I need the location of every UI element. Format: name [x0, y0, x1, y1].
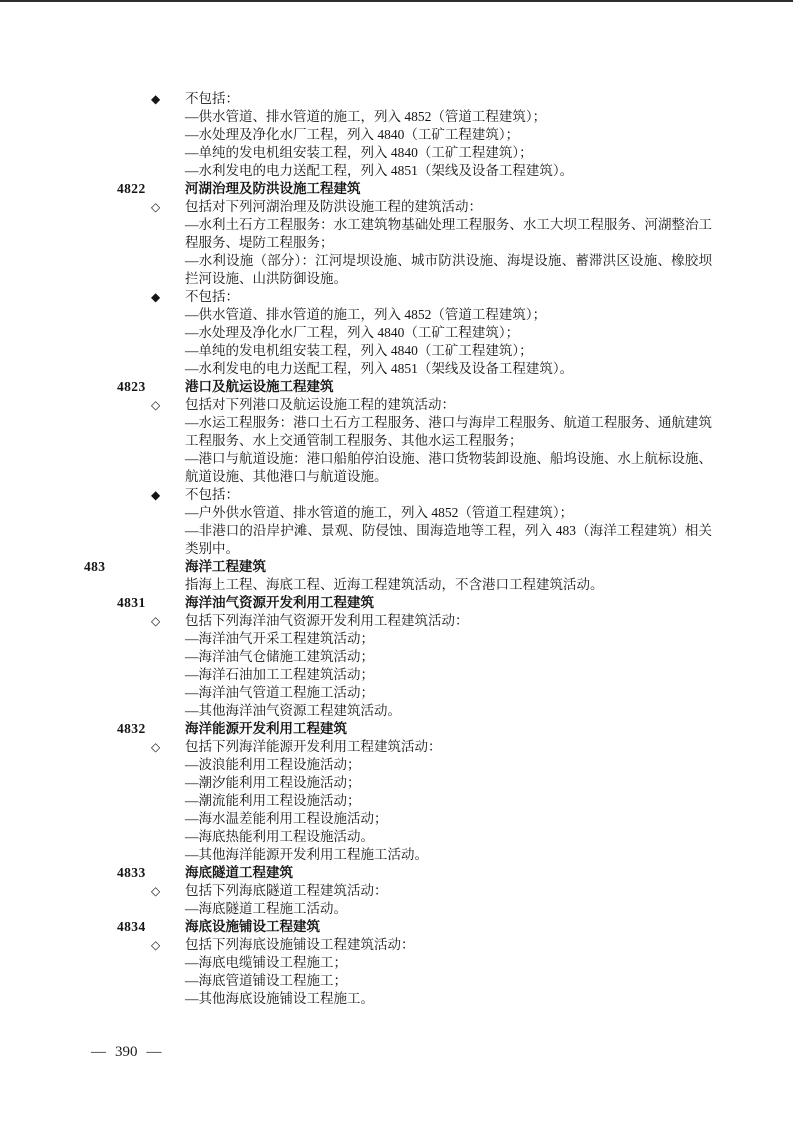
group-header: 包括下列海底设施铺设工程建筑活动： [185, 936, 415, 954]
list-item: —海底热能利用工程设施活动。 [185, 828, 712, 846]
exclude-bullet-icon: ◆ [151, 90, 160, 108]
list-item: —供水管道、排水管道的施工，列入 4852（管道工程建筑）； [185, 108, 712, 126]
group-header-row: ◇包括对下列河湖治理及防洪设施工程的建筑活动： [0, 198, 793, 216]
include-bullet-icon: ◇ [151, 936, 160, 954]
list-item: —其他海洋能源开发利用工程施工活动。 [185, 846, 712, 864]
entry-code: 4833 [117, 864, 146, 882]
entry-row: 4823港口及航运设施工程建筑 [0, 378, 793, 396]
list-item: —水利土石方工程服务：水工建筑物基础处理工程服务、水工大坝工程服务、河湖整治工程… [185, 216, 712, 252]
entry-row: 483海洋工程建筑 [0, 558, 793, 576]
list-item: —海洋石油加工工程建筑活动； [185, 666, 712, 684]
page-footer: — 390 — [91, 1041, 162, 1063]
group-header: 包括对下列港口及航运设施工程的建筑活动： [185, 396, 455, 414]
page-top-scan-line [0, 0, 793, 2]
list-item: —其他海洋油气资源工程建筑活动。 [185, 702, 712, 720]
list-item: —户外供水管道、排水管道的施工，列入 4852（管道工程建筑）； [185, 504, 712, 522]
page-number: 390 [115, 1044, 138, 1061]
entry-title: 河湖治理及防洪设施工程建筑 [185, 180, 361, 198]
list-item: —潮汐能利用工程设施活动； [185, 774, 712, 792]
include-bullet-icon: ◇ [151, 396, 160, 414]
entry-code: 4834 [117, 918, 146, 936]
list-item: —海洋油气开采工程建筑活动； [185, 630, 712, 648]
list-item: —港口与航道设施：港口船舶停泊设施、港口货物装卸设施、船坞设施、水上航标设施、航… [185, 450, 712, 486]
entry-code: 4823 [117, 378, 146, 396]
group-header-row: ◇包括下列海底设施铺设工程建筑活动： [0, 936, 793, 954]
group-header-row: ◇包括下列海洋油气资源开发利用工程建筑活动： [0, 612, 793, 630]
group-header-row: ◇包括下列海洋能源开发利用工程建筑活动： [0, 738, 793, 756]
entry-code: 4822 [117, 180, 146, 198]
include-bullet-icon: ◇ [151, 612, 160, 630]
include-bullet-icon: ◇ [151, 738, 160, 756]
list-item: —波浪能利用工程设施活动； [185, 756, 712, 774]
list-item: —水利发电的电力送配工程，列入 4851（架线及设备工程建筑）。 [185, 162, 712, 180]
entry-row: 4831海洋油气资源开发利用工程建筑 [0, 594, 793, 612]
group-header-row: ◆不包括： [0, 90, 793, 108]
footer-left-dash: — [91, 1044, 106, 1061]
entry-code: 4832 [117, 720, 146, 738]
list-item: —供水管道、排水管道的施工，列入 4852（管道工程建筑）； [185, 306, 712, 324]
entry-title: 海洋能源开发利用工程建筑 [185, 720, 347, 738]
list-item: —水处理及净化水厂工程，列入 4840（工矿工程建筑）； [185, 126, 712, 144]
group-header: 包括下列海洋能源开发利用工程建筑活动： [185, 738, 442, 756]
group-header: 不包括： [185, 90, 239, 108]
list-item: —其他海底设施铺设工程施工。 [185, 990, 712, 1008]
document-page: ◆不包括：—供水管道、排水管道的施工，列入 4852（管道工程建筑）；—水处理及… [0, 0, 793, 1122]
list-item: —水利设施（部分）：江河堤坝设施、城市防洪设施、海堤设施、蓄滞洪区设施、橡胶坝拦… [185, 252, 712, 288]
group-header: 包括下列海洋油气资源开发利用工程建筑活动： [185, 612, 469, 630]
list-item: —水处理及净化水厂工程，列入 4840（工矿工程建筑）； [185, 324, 712, 342]
group-header-row: ◇包括对下列港口及航运设施工程的建筑活动： [0, 396, 793, 414]
list-item: —单纯的发电机组安装工程，列入 4840（工矿工程建筑）； [185, 342, 712, 360]
entry-row: 4822河湖治理及防洪设施工程建筑 [0, 180, 793, 198]
list-item: —单纯的发电机组安装工程，列入 4840（工矿工程建筑）； [185, 144, 712, 162]
group-header: 包括对下列河湖治理及防洪设施工程的建筑活动： [185, 198, 482, 216]
entry-row: 4834海底设施铺设工程建筑 [0, 918, 793, 936]
list-item: —海底隧道工程施工活动。 [185, 900, 712, 918]
list-item: —海洋油气管道工程施工活动； [185, 684, 712, 702]
include-bullet-icon: ◇ [151, 198, 160, 216]
group-header: 不包括： [185, 288, 239, 306]
entry-title: 海底设施铺设工程建筑 [185, 918, 320, 936]
entry-title: 海底隧道工程建筑 [185, 864, 293, 882]
entry-row: 4833海底隧道工程建筑 [0, 864, 793, 882]
list-item: —海底管道铺设工程施工； [185, 972, 712, 990]
list-item: —水利发电的电力送配工程，列入 4851（架线及设备工程建筑）。 [185, 360, 712, 378]
entry-code: 483 [84, 558, 105, 576]
list-item: —海洋油气仓储施工建筑活动； [185, 648, 712, 666]
group-header-row: ◆不包括： [0, 486, 793, 504]
list-item: —非港口的沿岸护滩、景观、防侵蚀、围海造地等工程，列入 483（海洋工程建筑）相… [185, 522, 712, 558]
list-item: —海水温差能利用工程设施活动； [185, 810, 712, 828]
entry-code: 4831 [117, 594, 146, 612]
classification-content: ◆不包括：—供水管道、排水管道的施工，列入 4852（管道工程建筑）；—水处理及… [0, 90, 793, 1008]
list-item: —潮流能利用工程设施活动； [185, 792, 712, 810]
group-header: 包括下列海底隧道工程建筑活动： [185, 882, 388, 900]
include-bullet-icon: ◇ [151, 882, 160, 900]
list-item: —水运工程服务：港口土石方工程服务、港口与海岸工程服务、航道工程服务、通航建筑工… [185, 414, 712, 450]
entry-title: 海洋油气资源开发利用工程建筑 [185, 594, 374, 612]
entry-title: 港口及航运设施工程建筑 [185, 378, 334, 396]
footer-right-dash: — [147, 1044, 162, 1061]
entry-row: 4832海洋能源开发利用工程建筑 [0, 720, 793, 738]
group-header-row: ◇包括下列海底隧道工程建筑活动： [0, 882, 793, 900]
exclude-bullet-icon: ◆ [151, 288, 160, 306]
entry-description: 指海上工程、海底工程、近海工程建筑活动，不含港口工程建筑活动。 [185, 576, 712, 594]
group-header-row: ◆不包括： [0, 288, 793, 306]
entry-title: 海洋工程建筑 [185, 558, 266, 576]
exclude-bullet-icon: ◆ [151, 486, 160, 504]
group-header: 不包括： [185, 486, 239, 504]
list-item: —海底电缆铺设工程施工； [185, 954, 712, 972]
